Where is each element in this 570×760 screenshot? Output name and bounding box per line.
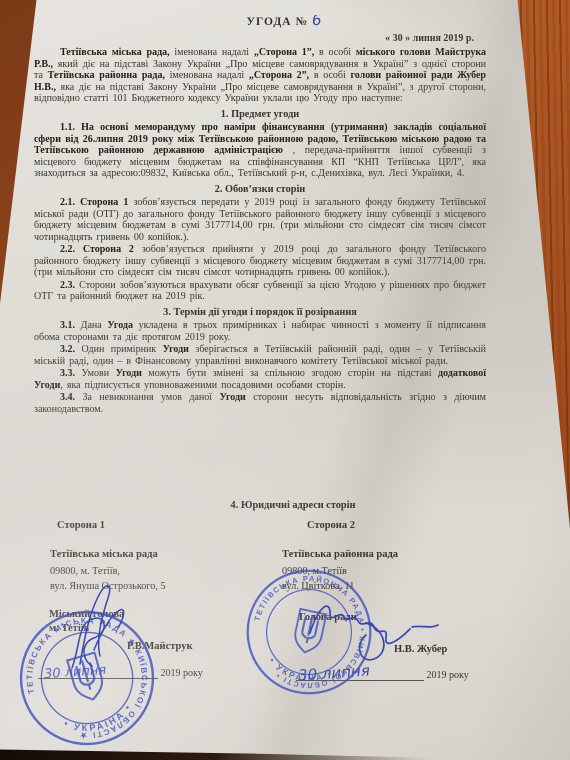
section-heading-4: 4. Юридичні адреси сторін [8, 500, 570, 511]
party1-org: Тетіївська міська рада [50, 549, 158, 560]
clause-2-2: 2.2. Сторона 2 зобов’язується прийняти у… [34, 244, 486, 279]
clause-3-4: 3.4. За невиконання умов даної Угоди сто… [34, 392, 486, 415]
title-text: УГОДА № [247, 16, 309, 28]
paper-sheet: УГОДА № 6 « 30 » липня 2019 р. Тетіївськ… [34, 15, 486, 495]
section-heading-3: 3. Термін дії угоди і порядок її розірва… [34, 307, 486, 319]
document-title: УГОДА № 6 [58, 15, 486, 29]
section-heading-1: 1. Предмет угоди [34, 109, 486, 121]
party1-signature-ink [50, 578, 160, 674]
party2-label: Сторона 2 [307, 520, 355, 531]
party1-date-suffix: 2019 року [161, 668, 203, 679]
party1-address-line1: 09800, м. Тетіїв, [50, 564, 166, 579]
clause-2-3: 2.3. Сторони зобов’язуються врахувати об… [34, 280, 486, 303]
document-number-handwritten: 6 [311, 15, 322, 27]
clause-3-1: 3.1. Дана Угода укладена в трьох примірн… [34, 320, 486, 343]
clause-3-2: 3.2. Один примірник Угоди зберігається в… [34, 344, 486, 367]
clause-2-1: 2.1. Сторона 1 зобов’язується передати у… [34, 197, 486, 243]
clause-1-1: 1.1. На основі меморандуму про наміри фі… [34, 122, 486, 180]
party2-signature-ink [300, 585, 450, 675]
document-photo: УГОДА № 6 « 30 » липня 2019 р. Тетіївськ… [0, 0, 570, 760]
section-heading-2: 2. Обов’язки сторін [34, 184, 486, 196]
party2-org: Тетіївська районна рада [282, 549, 398, 560]
party1-label: Сторона 1 [57, 520, 105, 531]
preamble-paragraph: Тетіївська міська рада, іменована надалі… [34, 47, 486, 105]
clause-3-3: 3.3. Умови Угоди можуть бути змінені за … [34, 368, 486, 391]
document-date: « 30 » липня 2019 р. [34, 33, 486, 45]
